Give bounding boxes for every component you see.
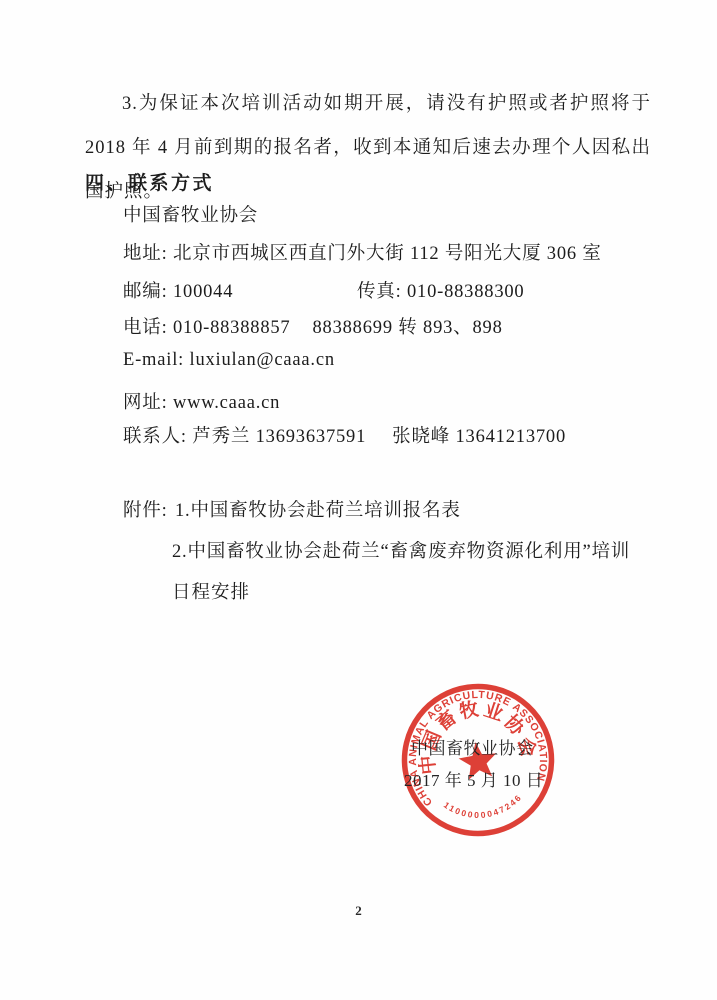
seal-registration-number: 1100000047246 xyxy=(441,789,525,825)
attachment-item-1: 1.中国畜牧协会赴荷兰培训报名表 xyxy=(175,501,461,521)
contact-postal-code: 邮编: 100044 xyxy=(123,277,357,303)
section-heading-contact: 四、联系方式 xyxy=(85,168,214,195)
document-page: 3.为保证本次培训活动如期开展，请没有护照或者护照将于 2018 年 4 月前到… xyxy=(0,0,717,1000)
contact-person-2: 张晓峰 13641213700 xyxy=(392,427,566,447)
svg-text:1100000047246: 1100000047246 xyxy=(441,789,525,825)
contact-fax: 传真: 010-88388300 xyxy=(357,282,524,302)
signature-org-name: 中国畜牧业协会 xyxy=(411,734,534,759)
contact-org-name: 中国畜牧业协会 xyxy=(123,201,258,227)
contact-postal-fax-line: 邮编: 100044传真: 010-88388300 xyxy=(123,277,524,303)
contact-address: 地址: 北京市西城区西直门外大街 112 号阳光大厦 306 室 xyxy=(123,239,602,265)
attachment-item-2-line-2: 日程安排 xyxy=(172,578,250,604)
contact-phone: 电话: 010-88388857 xyxy=(123,318,290,338)
attachment-item-2-line-1: 2.中国畜牧业协会赴荷兰“畜禽废弃物资源化利用”培训 xyxy=(172,537,630,563)
contact-person-1: 联系人: 芦秀兰 13693637591 xyxy=(123,427,366,447)
signature-date: 2017 年 5 月 10 日 xyxy=(404,766,543,791)
contact-phone-ext: 88388699 转 893、898 xyxy=(312,318,502,338)
attachments-label: 附件: xyxy=(123,496,175,522)
page-number: 2 xyxy=(0,903,717,919)
contact-email: E-mail: luxiulan@caaa.cn xyxy=(123,350,335,371)
contact-phone-line: 电话: 010-8838885788388699 转 893、898 xyxy=(123,313,503,339)
contact-website: 网址: www.caaa.cn xyxy=(123,388,280,414)
contact-persons-line: 联系人: 芦秀兰 13693637591张晓峰 13641213700 xyxy=(123,422,566,448)
attachments-line-1: 附件:1.中国畜牧协会赴荷兰培训报名表 xyxy=(123,496,461,522)
official-seal: CHINA ANIMAL AGRICULTURE ASSOCIATION 中国畜… xyxy=(398,680,558,840)
